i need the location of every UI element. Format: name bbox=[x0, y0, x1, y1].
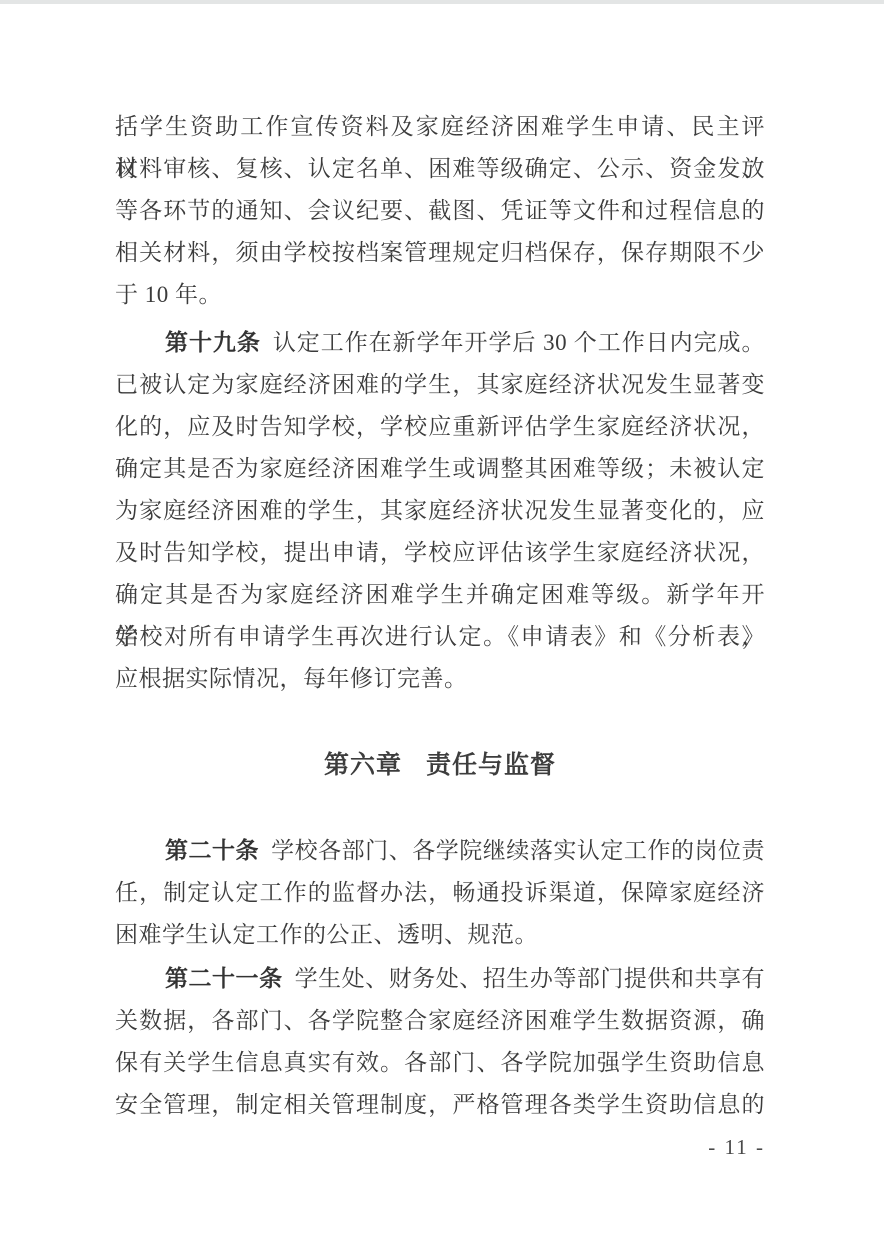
page-edge-shadow bbox=[0, 0, 884, 4]
text-line: 应根据实际情况，每年修订完善。 bbox=[115, 658, 765, 700]
chapter-title: 责任与监督 bbox=[426, 751, 556, 779]
text-line: 任，制定认定工作的监督办法，畅通投诉渠道，保障家庭经济 bbox=[115, 872, 765, 914]
article-first-line-text: 学校各部门、各学院继续落实认定工作的岗位责 bbox=[271, 838, 765, 863]
text-line: 关数据，各部门、各学院整合家庭经济困难学生数据资源，确 bbox=[115, 1000, 765, 1042]
text-line: 材料审核、复核、认定名单、困难等级确定、公示、资金发放 bbox=[115, 148, 765, 190]
article-first-line-text: 认定工作在新学年开学后 30 个工作日内完成。 bbox=[273, 330, 765, 355]
text-line-article-first: 第十九条认定工作在新学年开学后 30 个工作日内完成。 bbox=[115, 322, 765, 364]
text-line: 确定其是否为家庭经济困难学生或调整其困难等级；未被认定 bbox=[115, 448, 765, 490]
article-first-line-text: 学生处、财务处、招生办等部门提供和共享有 bbox=[295, 966, 765, 991]
article-number-label: 第二十条 bbox=[165, 838, 259, 863]
text-block: 括学生资助工作宣传资料及家庭经济困难学生申请、民主评议、 材料审核、复核、认定名… bbox=[115, 106, 765, 1126]
chapter-number: 第六章 bbox=[324, 751, 402, 779]
text-line: 确定其是否为家庭经济困难学生并确定困难等级。新学年开始， bbox=[115, 574, 765, 616]
paragraph-article-21: 第二十一条学生处、财务处、招生办等部门提供和共享有 关数据，各部门、各学院整合家… bbox=[115, 958, 765, 1126]
paragraph-article-20: 第二十条学校各部门、各学院继续落实认定工作的岗位责 任，制定认定工作的监督办法，… bbox=[115, 830, 765, 956]
text-line: 为家庭经济困难的学生，其家庭经济状况发生显著变化的，应 bbox=[115, 490, 765, 532]
article-number-label: 第二十一条 bbox=[165, 966, 283, 991]
paragraph-article-19: 第十九条认定工作在新学年开学后 30 个工作日内完成。 已被认定为家庭经济困难的… bbox=[115, 322, 765, 700]
text-line: 化的，应及时告知学校，学校应重新评估学生家庭经济状况， bbox=[115, 406, 765, 448]
text-line: 已被认定为家庭经济困难的学生，其家庭经济状况发生显著变 bbox=[115, 364, 765, 406]
chapter-heading: 第六章责任与监督 bbox=[115, 744, 765, 786]
text-line: 相关材料，须由学校按档案管理规定归档保存，保存期限不少 bbox=[115, 232, 765, 274]
text-line: 等各环节的通知、会议纪要、截图、凭证等文件和过程信息的 bbox=[115, 190, 765, 232]
text-line-article-first: 第二十一条学生处、财务处、招生办等部门提供和共享有 bbox=[115, 958, 765, 1000]
page-number: - 11 - bbox=[708, 1132, 765, 1162]
document-page: 括学生资助工作宣传资料及家庭经济困难学生申请、民主评议、 材料审核、复核、认定名… bbox=[0, 0, 884, 1255]
text-line: 学校对所有申请学生再次进行认定。《申请表》和《分析表》 bbox=[115, 616, 765, 658]
text-line: 安全管理，制定相关管理制度，严格管理各类学生资助信息的 bbox=[115, 1084, 765, 1126]
text-line: 括学生资助工作宣传资料及家庭经济困难学生申请、民主评议、 bbox=[115, 106, 765, 148]
text-line: 困难学生认定工作的公正、透明、规范。 bbox=[115, 914, 765, 956]
article-number-label: 第十九条 bbox=[165, 330, 261, 355]
text-line: 于 10 年。 bbox=[115, 274, 765, 316]
text-line: 保有关学生信息真实有效。各部门、各学院加强学生资助信息 bbox=[115, 1042, 765, 1084]
text-line: 及时告知学校，提出申请，学校应评估该学生家庭经济状况， bbox=[115, 532, 765, 574]
text-line-article-first: 第二十条学校各部门、各学院继续落实认定工作的岗位责 bbox=[115, 830, 765, 872]
paragraph-continuation: 括学生资助工作宣传资料及家庭经济困难学生申请、民主评议、 材料审核、复核、认定名… bbox=[115, 106, 765, 316]
